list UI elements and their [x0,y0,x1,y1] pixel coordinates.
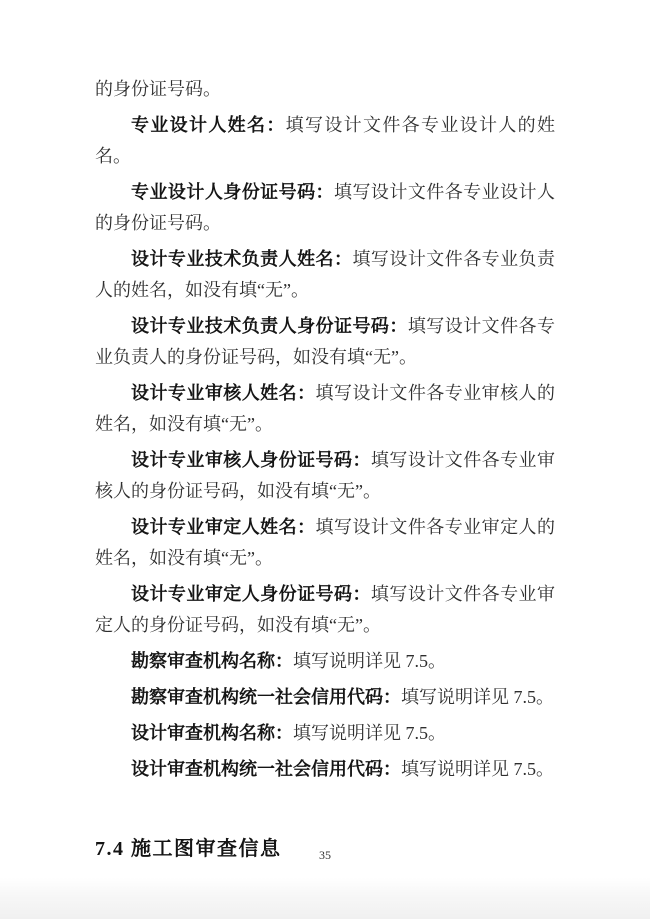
paragraph-label: 设计专业技术负责人身份证号码： [131,316,408,336]
paragraph: 勘察审查机构统一社会信用代码：填写说明详见 7.5。 [95,682,555,713]
paragraph: 设计专业审核人身份证号码：填写设计文件各专业审核人的身份证号码，如没有填“无”。 [95,445,555,507]
body-text: 的身份证号码。 专业设计人姓名：填写设计文件各专业设计人的姓名。 专业设计人身份… [95,74,555,865]
paragraph-text: 填写说明详见 7.5。 [401,759,554,779]
paragraph: 设计专业审定人姓名：填写设计文件各专业审定人的姓名，如没有填“无”。 [95,512,555,574]
paragraph: 设计审查机构统一社会信用代码：填写说明详见 7.5。 [95,754,555,785]
paragraph-label: 设计专业审定人身份证号码： [131,584,371,604]
paragraph-label: 设计专业审核人姓名： [131,383,316,403]
paragraph: 专业设计人身份证号码：填写设计文件各专业设计人的身份证号码。 [95,177,555,239]
paragraph-label: 设计专业技术负责人姓名： [131,249,352,269]
paragraph-text: 填写说明详见 7.5。 [293,651,446,671]
paragraph-label: 设计审查机构统一社会信用代码： [131,759,401,779]
paragraph-label: 设计专业审核人身份证号码： [131,450,371,470]
paragraph-label: 勘察审查机构名称： [131,651,293,671]
paragraph: 设计审查机构名称：填写说明详见 7.5。 [95,718,555,749]
paragraph: 设计专业技术负责人姓名：填写设计文件各专业负责人的姓名，如没有填“无”。 [95,244,555,306]
paragraph: 设计专业审核人姓名：填写设计文件各专业审核人的姓名，如没有填“无”。 [95,378,555,440]
paragraph-text: 的身份证号码。 [95,79,221,99]
paragraph: 专业设计人姓名：填写设计文件各专业设计人的姓名。 [95,110,555,172]
paragraph: 设计专业审定人身份证号码：填写设计文件各专业审定人的身份证号码，如没有填“无”。 [95,579,555,641]
paragraph-label: 勘察审查机构统一社会信用代码： [131,687,401,707]
paragraph-label: 设计审查机构名称： [131,723,293,743]
paragraph-label: 设计专业审定人姓名： [131,517,316,537]
paragraph-text: 填写说明详见 7.5。 [401,687,554,707]
paragraph-label: 专业设计人身份证号码： [131,182,334,202]
continuation-paragraph: 的身份证号码。 [95,74,555,105]
document-page: 的身份证号码。 专业设计人姓名：填写设计文件各专业设计人的姓名。 专业设计人身份… [0,0,650,919]
page-number: 35 [0,848,650,862]
paragraph: 设计专业技术负责人身份证号码：填写设计文件各专业负责人的身份证号码，如没有填“无… [95,311,555,373]
paragraph-text: 填写说明详见 7.5。 [293,723,446,743]
paragraph: 勘察审查机构名称：填写说明详见 7.5。 [95,646,555,677]
paragraph-label: 专业设计人姓名： [131,115,286,135]
